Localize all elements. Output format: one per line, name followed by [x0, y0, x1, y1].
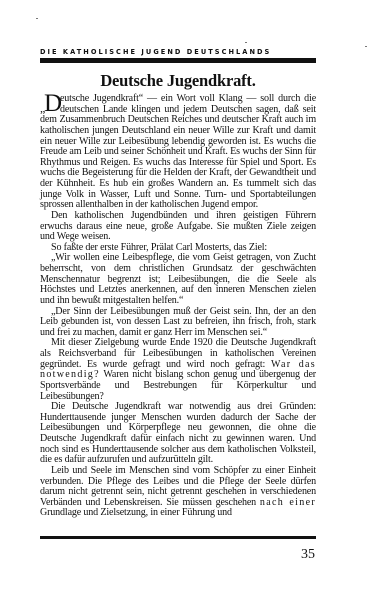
body-text: „ D eutsche Jugendkraft“ — ein Wort voll…	[40, 94, 316, 519]
scan-speck	[245, 42, 247, 43]
chapter-title: Deutsche Jugendkraft.	[40, 72, 316, 90]
quote-paragraph-2: „Der Sinn der Leibesübungen muß der Geis…	[40, 307, 316, 339]
paragraph-8-emphasis: nach einer	[260, 497, 316, 508]
header-rule	[40, 58, 316, 63]
paragraph-1-text: eutsche Jugendkraft“ — ein Wort voll Kla…	[40, 93, 316, 210]
drop-cap: „ D	[40, 94, 59, 114]
scan-speck	[365, 46, 367, 47]
paragraph-6: Mit dieser Zielgebung wurde Ende 1920 di…	[40, 338, 316, 402]
footer-rule	[40, 536, 316, 539]
quote-paragraph-1: „Wir wollen eine Leibespflege, die vom G…	[40, 253, 316, 306]
scan-speck	[36, 18, 38, 19]
running-head: DIE KATHOLISCHE JUGEND DEUTSCHLANDS	[40, 48, 316, 56]
paragraph-8-text-b: Grundlage und Zielsetzung, in einer Führ…	[40, 507, 232, 518]
drop-cap-letter: D	[44, 91, 62, 116]
book-page: DIE KATHOLISCHE JUGEND DEUTSCHLANDS Deut…	[40, 48, 316, 519]
page-number: 35	[301, 547, 315, 563]
paragraph-8: Leib und Seele im Menschen sind vom Schö…	[40, 466, 316, 519]
paragraph-1: „ D eutsche Jugendkraft“ — ein Wort voll…	[40, 94, 316, 211]
paragraph-2: Den katholischen Jugendbünden und ihren …	[40, 211, 316, 243]
paragraph-7: Die Deutsche Jugendkraft war notwendig a…	[40, 402, 316, 466]
